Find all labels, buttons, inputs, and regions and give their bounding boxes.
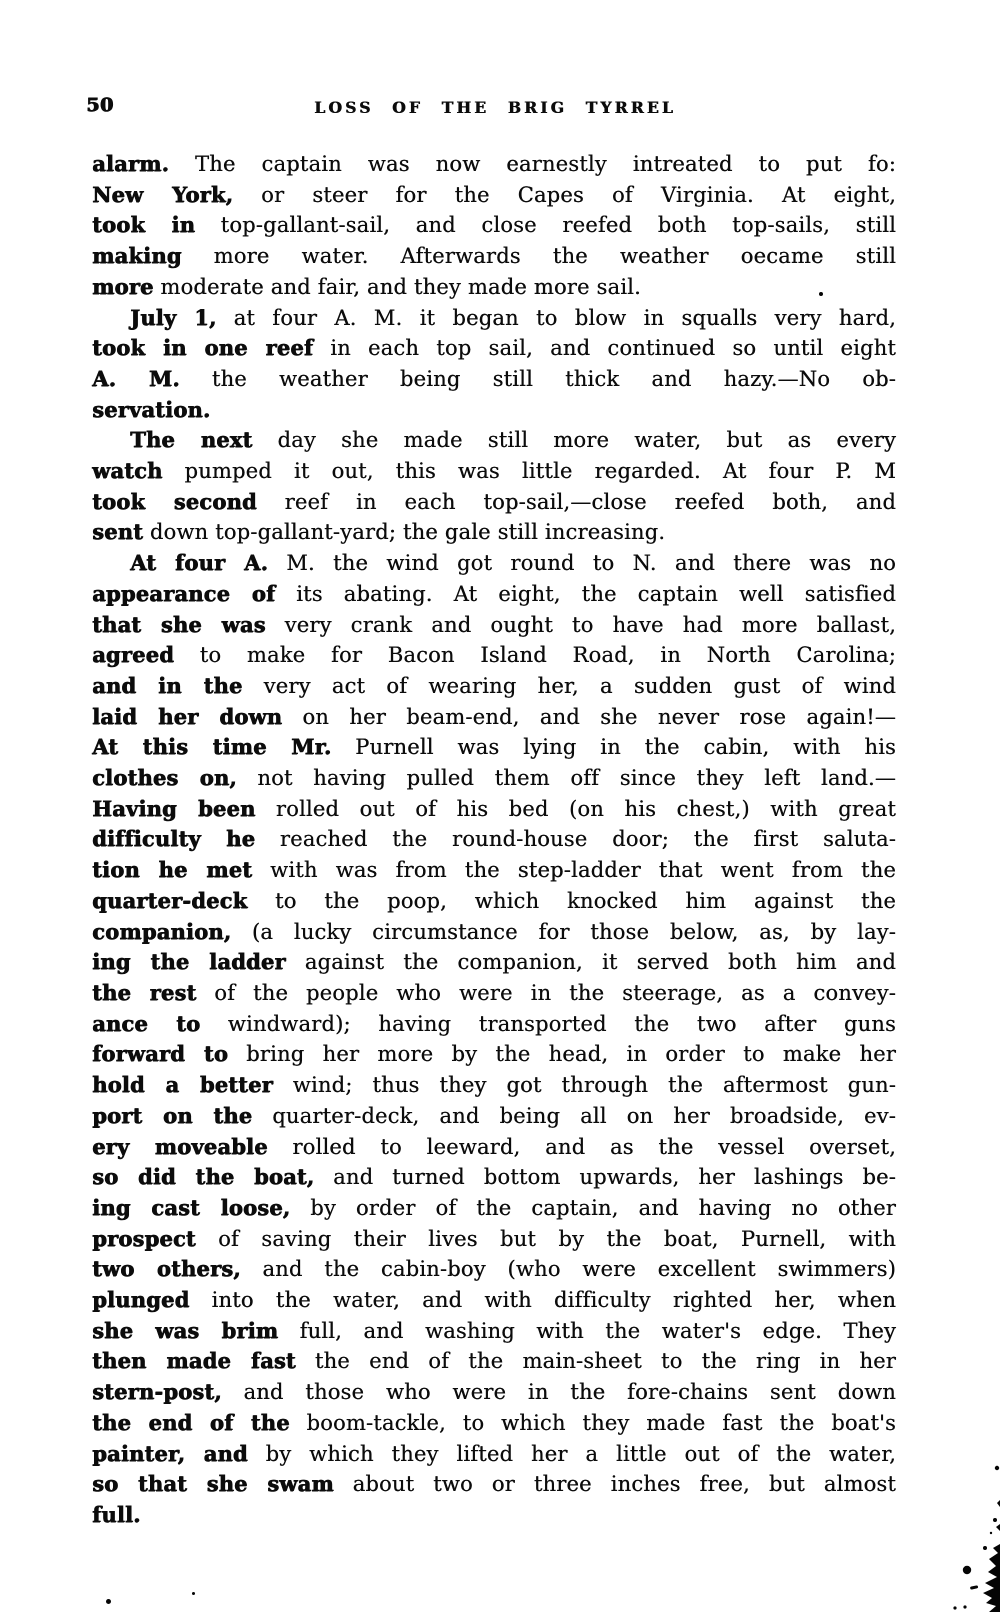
- line-lead-text: ing cast loose,: [92, 1195, 290, 1220]
- line-rest-text: and turned bottom upwards, her lashings …: [333, 1165, 896, 1189]
- text-line: sent down top-gallant-yard; the gale sti…: [92, 517, 896, 548]
- line-lead-text: prospect: [92, 1226, 196, 1251]
- ink-speck: [106, 1599, 111, 1604]
- text-line: so did the boat, and turned bottom upwar…: [92, 1162, 896, 1193]
- text-line: forward to bring her more by the head, i…: [92, 1039, 896, 1070]
- page-body: alarm. The captain was now earnestly int…: [92, 149, 896, 1531]
- text-line: difficulty he reached the round-house do…: [92, 824, 896, 855]
- line-rest-text: moderate and fair, and they made more sa…: [160, 275, 641, 299]
- book-page: 50 LOSS OF THE BRIG TYRREL alarm. The ca…: [0, 0, 1000, 1612]
- line-rest-text: against the companion, it served both hi…: [305, 950, 896, 974]
- line-lead-text: tion he met: [92, 857, 252, 882]
- text-line: agreed to make for Bacon Island Road, in…: [92, 640, 896, 671]
- line-lead-text: then made fast: [92, 1348, 296, 1373]
- text-line: watch pumped it out, this was little reg…: [92, 456, 896, 487]
- line-rest-text: windward); having transported the two af…: [228, 1012, 896, 1036]
- text-line: laid her down on her beam-end, and she n…: [92, 702, 896, 733]
- line-lead-text: ery moveable: [92, 1134, 268, 1159]
- text-line: two others, and the cabin-boy (who were …: [92, 1254, 896, 1285]
- line-rest-text: the end of the main-sheet to the ring in…: [315, 1349, 896, 1373]
- text-line: Having been rolled out of his bed (on hi…: [92, 794, 896, 825]
- line-lead-text: hold a better: [92, 1072, 273, 1097]
- line-lead-text: making: [92, 243, 182, 268]
- line-lead-text: full.: [92, 1502, 141, 1527]
- text-line: The next day she made still more water, …: [92, 425, 896, 456]
- text-line: ery moveable rolled to leeward, and as t…: [92, 1132, 896, 1163]
- line-rest-text: M. the wind got round to N. and there wa…: [286, 551, 896, 575]
- line-lead-text: took in one reef: [92, 335, 313, 360]
- text-line: ance to windward); having transported th…: [92, 1009, 896, 1040]
- line-lead-text: watch: [92, 458, 162, 483]
- line-lead-text: she was brim: [92, 1318, 278, 1343]
- line-rest-text: not having pulled them off since they le…: [257, 766, 896, 790]
- text-line: companion, (a lucky circumstance for tho…: [92, 917, 896, 948]
- line-rest-text: The captain was now earnestly intreated …: [195, 152, 896, 176]
- line-lead-text: ance to: [92, 1011, 200, 1036]
- text-line: At four A. M. the wind got round to N. a…: [92, 548, 896, 579]
- line-rest-text: top-gallant-sail, and close reefed both …: [221, 213, 896, 237]
- line-rest-text: of saving their lives but by the boat, P…: [218, 1227, 896, 1251]
- line-rest-text: quarter-deck, and being all on her broad…: [272, 1104, 896, 1128]
- line-lead-text: plunged: [92, 1287, 189, 1312]
- line-lead-text: the rest: [92, 980, 196, 1005]
- text-line: A. M. the weather being still thick and …: [92, 364, 896, 395]
- text-line: July 1, at four A. M. it began to blow i…: [92, 303, 896, 334]
- line-lead-text: that she was: [92, 612, 266, 637]
- line-lead-text: July 1,: [130, 305, 216, 330]
- text-line: At this time Mr. Purnell was lying in th…: [92, 732, 896, 763]
- line-lead-text: agreed: [92, 642, 174, 667]
- line-rest-text: day she made still more water, but as ev…: [277, 428, 896, 452]
- line-lead-text: took second: [92, 489, 257, 514]
- line-lead-text: companion,: [92, 919, 231, 944]
- text-line: New York, or steer for the Capes of Virg…: [92, 180, 896, 211]
- line-rest-text: of the people who were in the steerage, …: [214, 981, 896, 1005]
- line-rest-text: by order of the captain, and having no o…: [310, 1196, 896, 1220]
- line-rest-text: and those who were in the fore-chains se…: [243, 1380, 896, 1404]
- text-line: appearance of its abating. At eight, the…: [92, 579, 896, 610]
- ink-speck: [819, 292, 823, 296]
- line-rest-text: with was from the step-ladder that went …: [270, 858, 896, 882]
- line-lead-text: clothes on,: [92, 765, 237, 790]
- line-rest-text: at four A. M. it began to blow in squall…: [234, 306, 896, 330]
- text-line: clothes on, not having pulled them off s…: [92, 763, 896, 794]
- line-rest-text: to make for Bacon Island Road, in North …: [200, 643, 896, 667]
- line-lead-text: two others,: [92, 1256, 241, 1281]
- running-title: LOSS OF THE BRIG TYRREL: [92, 98, 898, 117]
- line-lead-text: stern-post,: [92, 1379, 222, 1404]
- line-lead-text: alarm.: [92, 151, 169, 176]
- line-rest-text: and the cabin-boy (who were excellent sw…: [262, 1257, 896, 1281]
- line-rest-text: very crank and ought to have had more ba…: [285, 613, 896, 637]
- line-rest-text: (a lucky circumstance for those below, a…: [252, 920, 896, 944]
- line-rest-text: wind; thus they got through the aftermos…: [293, 1073, 896, 1097]
- text-line: and in the very act of wearing her, a su…: [92, 671, 896, 702]
- text-line: she was brim full, and washing with the …: [92, 1316, 896, 1347]
- line-lead-text: sent: [92, 519, 143, 544]
- line-lead-text: more: [92, 274, 153, 299]
- text-line: prospect of saving their lives but by th…: [92, 1224, 896, 1255]
- line-rest-text: rolled to leeward, and as the vessel ove…: [292, 1135, 896, 1159]
- line-lead-text: so did the boat,: [92, 1164, 314, 1189]
- text-line: the end of the boom-tackle, to which the…: [92, 1408, 896, 1439]
- line-rest-text: on her beam-end, and she never rose agai…: [302, 705, 896, 729]
- text-line: took second reef in each top-sail,—close…: [92, 487, 896, 518]
- text-line: that she was very crank and ought to hav…: [92, 610, 896, 641]
- line-rest-text: by which they lifted her a little out of…: [266, 1442, 896, 1466]
- line-rest-text: very act of wearing her, a sudden gust o…: [264, 674, 896, 698]
- line-rest-text: reached the round-house door; the first …: [280, 827, 896, 851]
- line-rest-text: the weather being still thick and hazy.—…: [212, 367, 896, 391]
- line-lead-text: ing the ladder: [92, 949, 286, 974]
- line-lead-text: quarter-deck: [92, 888, 247, 913]
- line-lead-text: Having been: [92, 796, 255, 821]
- line-rest-text: in each top sail, and continued so until…: [330, 336, 896, 360]
- line-lead-text: so that she swam: [92, 1471, 334, 1496]
- text-line: full.: [92, 1500, 896, 1531]
- line-rest-text: its abating. At eight, the captain well …: [296, 582, 896, 606]
- text-line: more moderate and fair, and they made mo…: [92, 272, 896, 303]
- line-rest-text: full, and washing with the water's edge.…: [300, 1319, 896, 1343]
- line-lead-text: New York,: [92, 182, 233, 207]
- text-line: painter, and by which they lifted her a …: [92, 1439, 896, 1470]
- line-rest-text: about two or three inches free, but almo…: [353, 1472, 896, 1496]
- text-line: quarter-deck to the poop, which knocked …: [92, 886, 896, 917]
- line-lead-text: forward to: [92, 1041, 228, 1066]
- text-line: the rest of the people who were in the s…: [92, 978, 896, 1009]
- text-line: so that she swam about two or three inch…: [92, 1469, 896, 1500]
- text-line: alarm. The captain was now earnestly int…: [92, 149, 896, 180]
- line-lead-text: painter, and: [92, 1441, 248, 1466]
- line-lead-text: and in the: [92, 673, 242, 698]
- text-line: hold a better wind; thus they got throug…: [92, 1070, 896, 1101]
- line-lead-text: servation.: [92, 397, 210, 422]
- line-lead-text: laid her down: [92, 704, 282, 729]
- text-line: making more water. Afterwards the weathe…: [92, 241, 896, 272]
- text-line: servation.: [92, 395, 896, 426]
- text-line: ing cast loose, by order of the captain,…: [92, 1193, 896, 1224]
- line-rest-text: reef in each top-sail,—close reefed both…: [285, 490, 896, 514]
- text-line: plunged into the water, and with difficu…: [92, 1285, 896, 1316]
- line-rest-text: rolled out of his bed (on his chest,) wi…: [276, 797, 896, 821]
- text-line: ing the ladder against the companion, it…: [92, 947, 896, 978]
- line-rest-text: or steer for the Capes of Virginia. At e…: [261, 183, 896, 207]
- line-rest-text: Purnell was lying in the cabin, with his: [355, 735, 896, 759]
- line-lead-text: took in: [92, 212, 195, 237]
- line-lead-text: At four A.: [130, 550, 268, 575]
- line-rest-text: pumped it out, this was little regarded.…: [185, 459, 896, 483]
- line-lead-text: difficulty he: [92, 826, 255, 851]
- line-lead-text: port on the: [92, 1103, 252, 1128]
- line-lead-text: A. M.: [92, 366, 180, 391]
- line-rest-text: to the poop, which knocked him against t…: [275, 889, 896, 913]
- ink-speck: [192, 1592, 195, 1595]
- text-line: then made fast the end of the main-sheet…: [92, 1346, 896, 1377]
- line-rest-text: boom-tackle, to which they made fast the…: [306, 1411, 896, 1435]
- line-lead-text: The next: [130, 427, 252, 452]
- text-line: tion he met with was from the step-ladde…: [92, 855, 896, 886]
- text-line: stern-post, and those who were in the fo…: [92, 1377, 896, 1408]
- ink-blot: [940, 1460, 1000, 1612]
- line-rest-text: down top-gallant-yard; the gale still in…: [150, 520, 665, 544]
- line-lead-text: the end of the: [92, 1410, 290, 1435]
- text-line: port on the quarter-deck, and being all …: [92, 1101, 896, 1132]
- line-lead-text: appearance of: [92, 581, 275, 606]
- line-rest-text: into the water, and with difficulty righ…: [212, 1288, 897, 1312]
- line-lead-text: At this time Mr.: [92, 734, 331, 759]
- line-rest-text: more water. Afterwards the weather oecam…: [214, 244, 896, 268]
- line-rest-text: bring her more by the head, in order to …: [246, 1042, 896, 1066]
- text-line: took in top-gallant-sail, and close reef…: [92, 210, 896, 241]
- text-line: took in one reef in each top sail, and c…: [92, 333, 896, 364]
